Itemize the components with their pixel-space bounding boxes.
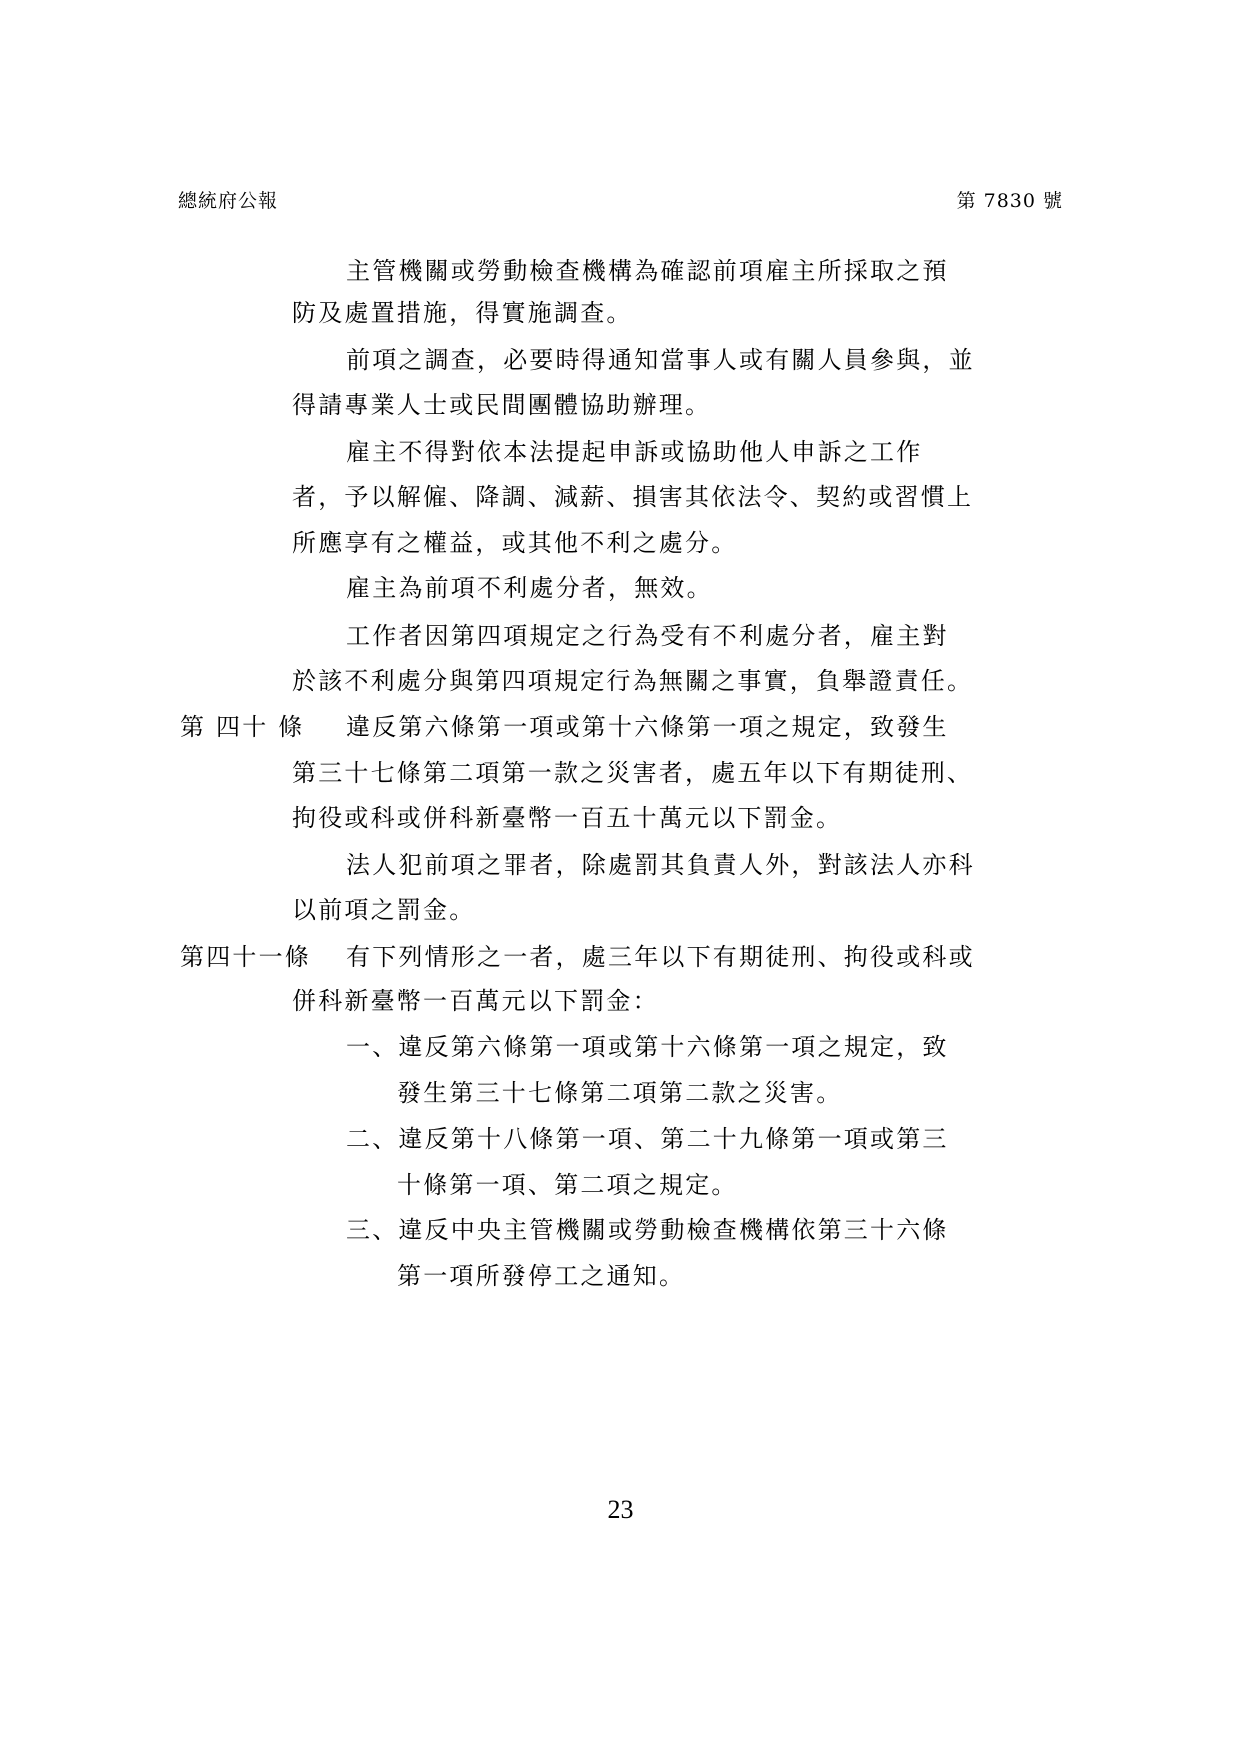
paragraph-line: 法人犯前項之罪者，除處罰其負責人外，對該法人亦科 (346, 850, 975, 880)
list-item-line: 第一項所發停工之通知。 (397, 1261, 685, 1291)
paragraph-line: 違反第六條第一項或第十六條第一項之規定，致發生 (346, 712, 949, 742)
paragraph-line: 前項之調查，必要時得通知當事人或有關人員參與，並 (346, 345, 975, 375)
paragraph-line: 雇主為前項不利處分者，無效。 (346, 573, 713, 603)
paragraph-line: 以前項之罰金。 (292, 895, 475, 925)
paragraph-line: 於該不利處分與第四項規定行為無關之事實，負舉證責任。 (292, 666, 973, 696)
list-item-line: 一、違反第六條第一項或第十六條第一項之規定，致 (346, 1032, 949, 1062)
paragraph-line: 工作者因第四項規定之行為受有不利處分者，雇主對 (346, 621, 949, 651)
list-item-line: 三、違反中央主管機關或勞動檢查機構依第三十六條 (346, 1215, 949, 1245)
paragraph-line: 第三十七條第二項第一款之災害者，處五年以下有期徒刑、 (292, 758, 973, 788)
paragraph-line: 拘役或科或併科新臺幣一百五十萬元以下罰金。 (292, 803, 842, 833)
paragraph-line: 所應享有之權益，或其他不利之處分。 (292, 528, 737, 558)
list-item-line: 二、違反第十八條第一項、第二十九條第一項或第三 (346, 1124, 949, 1154)
paragraph-line: 防及處置措施，得實施調查。 (292, 298, 633, 328)
page-header: 總統府公報 第 7830 號 (178, 186, 1063, 216)
publication-title: 總統府公報 (178, 186, 278, 216)
article-label: 第四十一條 (180, 942, 311, 972)
list-item-line: 發生第三十七條第二項第二款之災害。 (397, 1078, 842, 1108)
list-item-line: 十條第一項、第二項之規定。 (397, 1170, 738, 1200)
page-number: 23 (0, 1495, 1241, 1525)
paragraph-line: 者，予以解僱、降調、減薪、損害其依法令、契約或習慣上 (292, 482, 973, 512)
paragraph-line: 得請專業人士或民間團體協助辦理。 (292, 390, 711, 420)
paragraph-line: 主管機關或勞動檢查機構為確認前項雇主所採取之預 (346, 256, 949, 286)
issue-number: 第 7830 號 (957, 186, 1063, 216)
paragraph-line: 雇主不得對依本法提起申訴或協助他人申訴之工作 (346, 437, 922, 467)
article-label: 第 四十 條 (180, 712, 304, 742)
paragraph-line: 併科新臺幣一百萬元以下罰金： (292, 986, 659, 1016)
paragraph-line: 有下列情形之一者，處三年以下有期徒刑、拘役或科或 (346, 942, 975, 972)
